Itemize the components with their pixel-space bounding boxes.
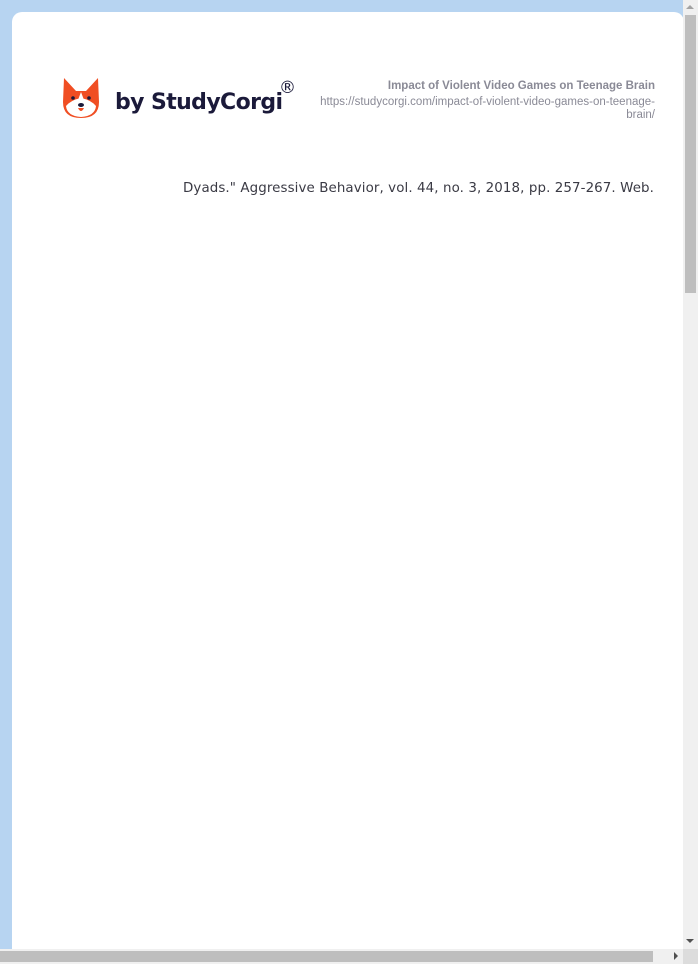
vertical-scroll-thumb[interactable]: [685, 15, 696, 293]
document-meta: Impact of Violent Video Games on Teenage…: [315, 79, 655, 122]
corgi-icon: [61, 76, 101, 120]
document-viewport: by StudyCorgi ® Impact of Violent Video …: [0, 0, 683, 949]
arrow-down-icon[interactable]: [686, 939, 694, 943]
registered-mark: ®: [279, 78, 296, 98]
horizontal-scrollbar[interactable]: [0, 949, 683, 964]
logo-text: by StudyCorgi: [115, 90, 282, 115]
scrollbar-corner: [683, 949, 698, 964]
document-page: by StudyCorgi ® Impact of Violent Video …: [12, 12, 683, 949]
document-title: Impact of Violent Video Games on Teenage…: [315, 79, 655, 94]
vertical-scrollbar[interactable]: [683, 0, 698, 949]
arrow-right-icon[interactable]: [674, 952, 678, 960]
horizontal-scroll-thumb[interactable]: [0, 951, 653, 962]
arrow-up-icon[interactable]: [686, 5, 694, 9]
citation-text: Dyads." Aggressive Behavior, vol. 44, no…: [183, 181, 654, 196]
document-url[interactable]: https://studycorgi.com/impact-of-violent…: [315, 96, 655, 122]
studycorgi-logo: by StudyCorgi ®: [61, 76, 282, 120]
